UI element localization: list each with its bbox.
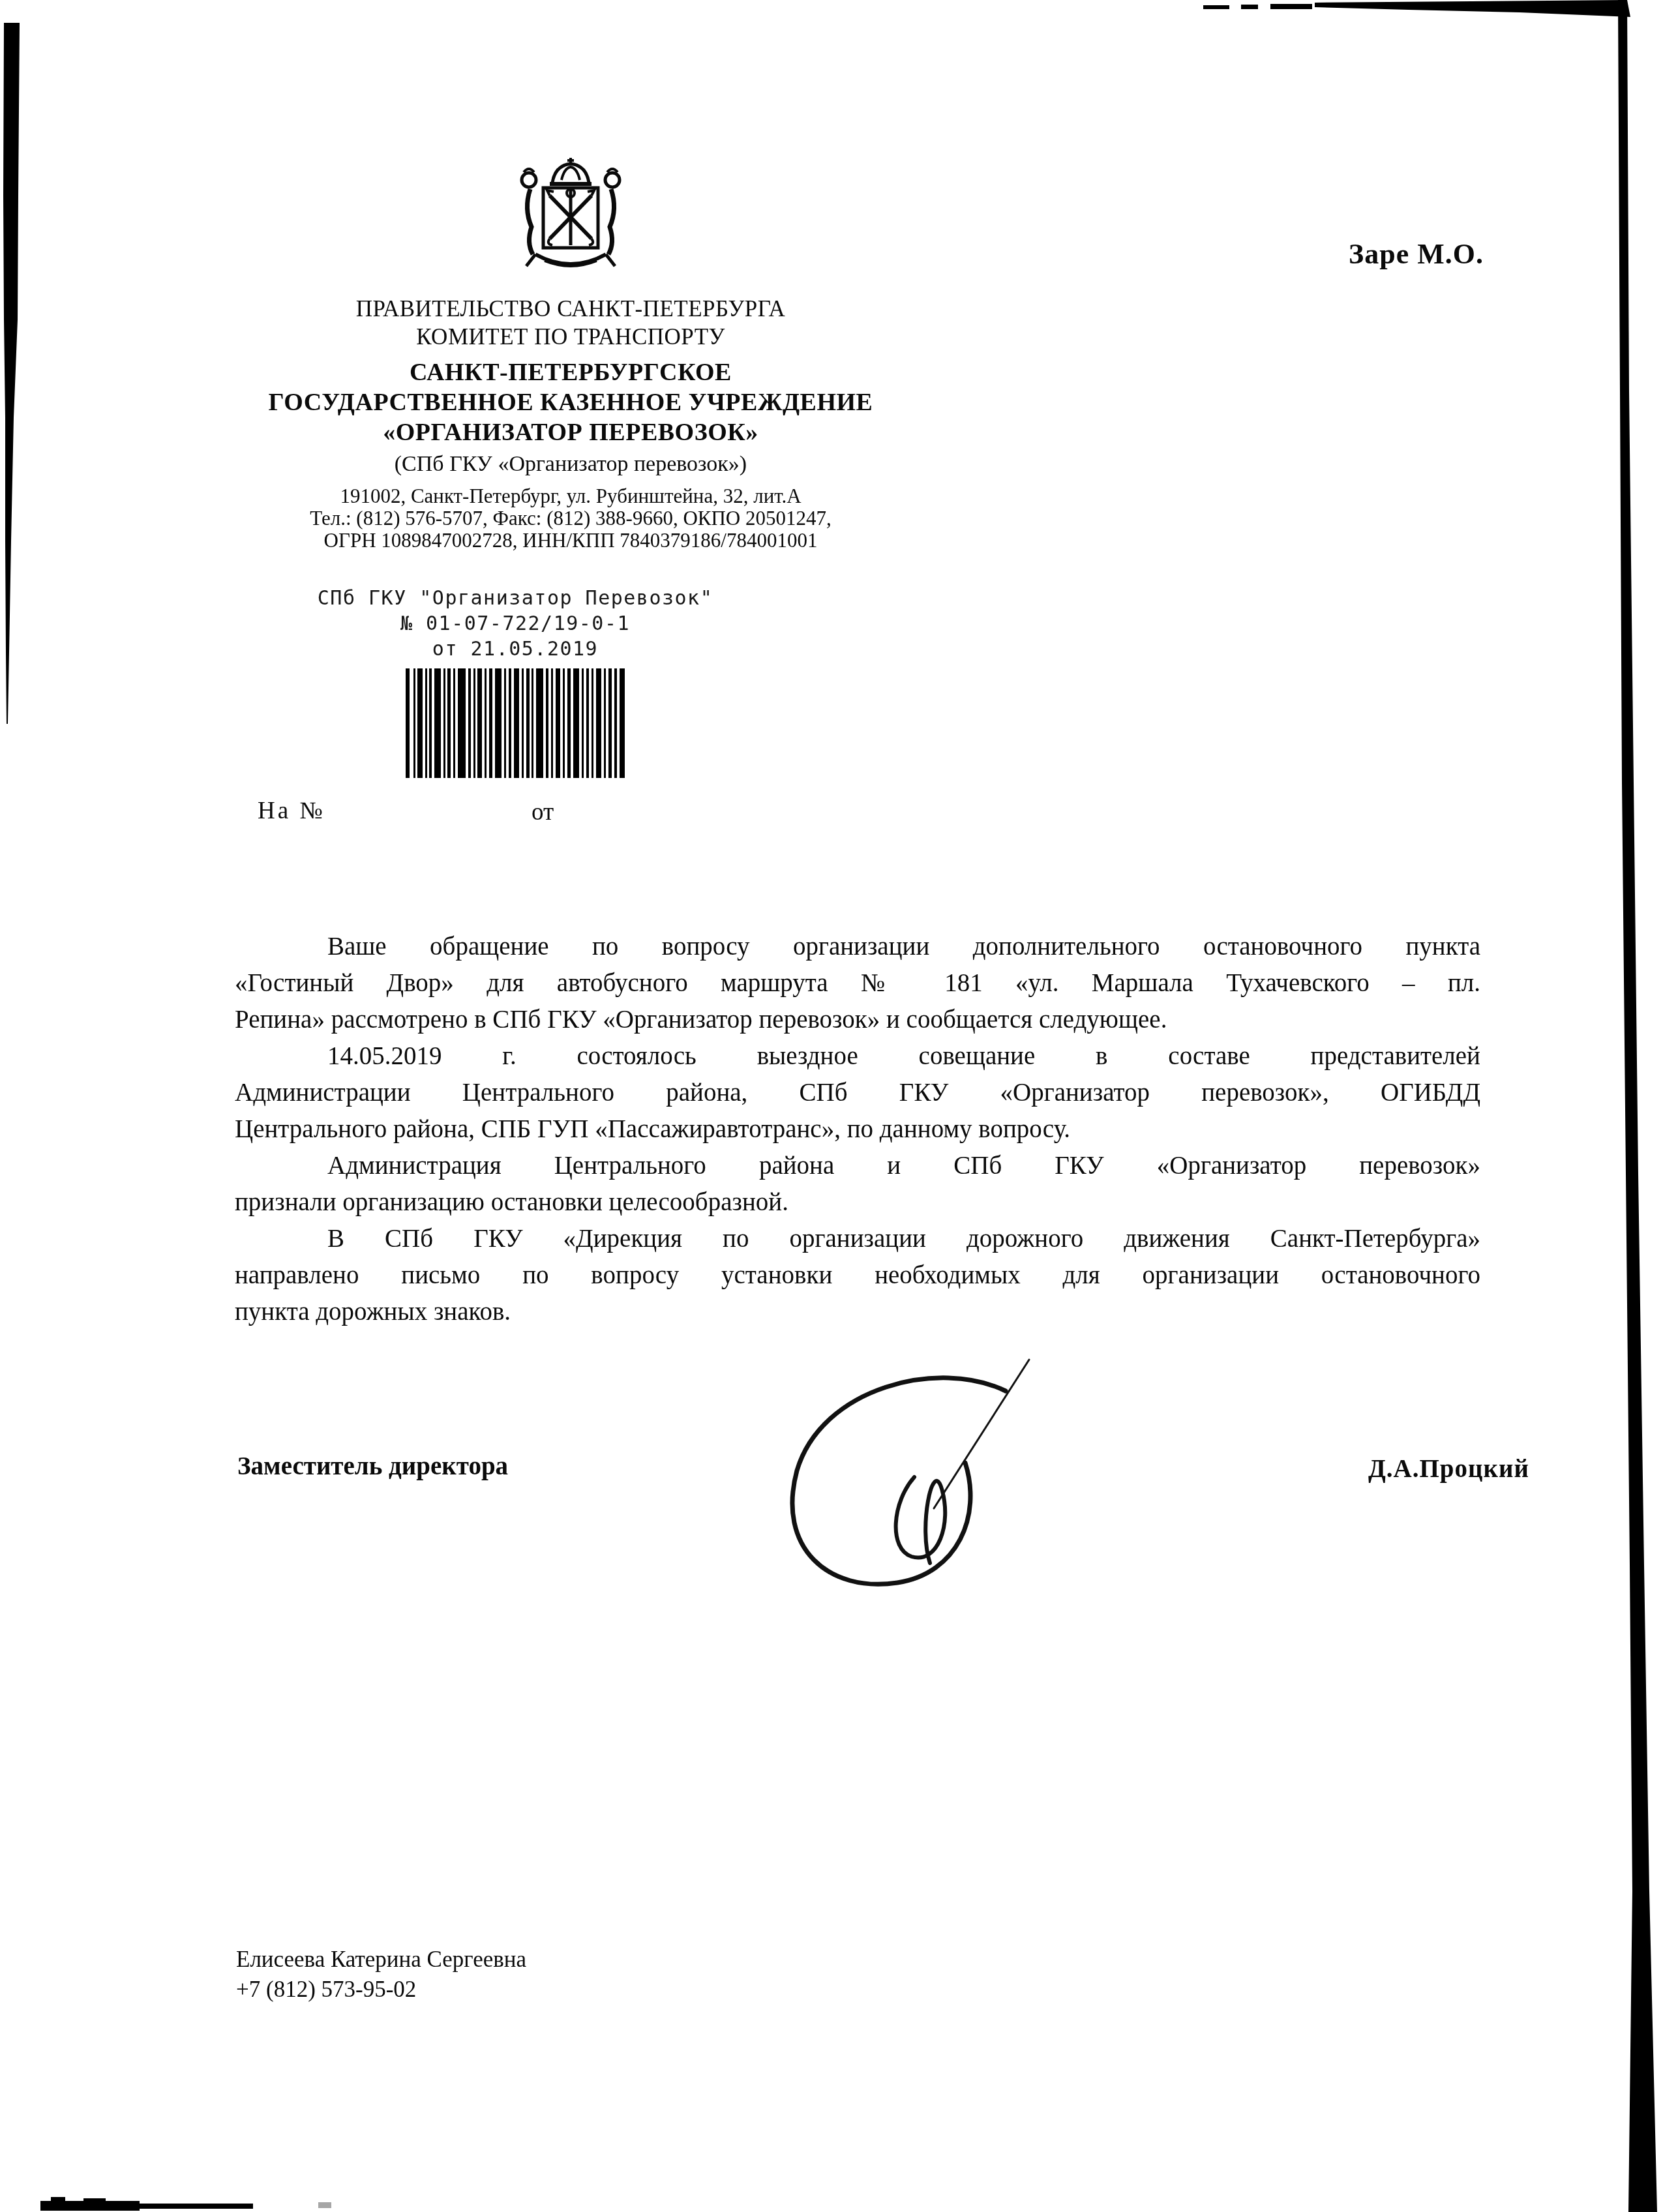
signer-name: Д.А.Процкий (1368, 1454, 1529, 1484)
stamp-date: от 21.05.2019 (293, 636, 737, 662)
committee-line: КОМИТЕТ ПО ТРАНСПОРТУ (235, 323, 906, 351)
signature-handwritten (750, 1353, 1050, 1601)
body-line: пункта дорожных знаков. (235, 1294, 1480, 1330)
body-line: В СПб ГКУ «Дирекция по организации дорож… (235, 1221, 1480, 1257)
reference-na-label: На № (258, 797, 325, 825)
stamp-number: № 01-07-722/19-0-1 (293, 611, 737, 636)
org-name-line-2: ГОСУДАРСТВЕННОЕ КАЗЕННОЕ УЧРЕЖДЕНИЕ (235, 387, 906, 417)
org-requisites: 191002, Санкт-Петербург, ул. Рубинштейна… (235, 485, 906, 552)
body-line: 14.05.2019 г. состоялось выездное совеща… (235, 1038, 1480, 1075)
executor-phone: +7 (812) 573-95-02 (236, 1975, 526, 2005)
scan-artifact-bottom-bump-2 (83, 2198, 106, 2203)
executor-name: Елисеева Катерина Сергеевна (236, 1945, 526, 1975)
scan-artifact-top-dash-1 (1203, 5, 1229, 9)
scan-artifact-bottom-bump-1 (51, 2197, 65, 2202)
org-address: 191002, Санкт-Петербург, ул. Рубинштейна… (235, 485, 906, 507)
scan-artifact-bottom-bar-thick (40, 2201, 140, 2211)
body-line: Центрального района, СПБ ГУП «Пассажирав… (235, 1111, 1480, 1148)
body-line: «Гостиный Двор» для автобусного маршрута… (235, 965, 1480, 1002)
body-line: Администрация Центрального района и СПб … (235, 1148, 1480, 1184)
body-line: Репина» рассмотрено в СПб ГКУ «Организат… (235, 1002, 1480, 1038)
reference-ot-label: от (532, 798, 554, 826)
scanned-letter-page: Заре М.О. (0, 0, 1663, 2212)
coat-of-arms-spb-icon (502, 155, 640, 283)
registration-stamp: СПб ГКУ "Организатор Перевозок" № 01-07-… (293, 586, 737, 778)
body-line: направлено письмо по вопросу установки н… (235, 1257, 1480, 1294)
letterhead: ПРАВИТЕЛЬСТВО САНКТ-ПЕТЕРБУРГА КОМИТЕТ П… (235, 155, 906, 552)
recipient-name: Заре М.О. (1349, 237, 1484, 271)
body-line: признали организацию остановки целесообр… (235, 1184, 1480, 1221)
stamp-org-line: СПб ГКУ "Организатор Перевозок" (293, 586, 737, 611)
scan-artifact-bottom-bar-thin (138, 2204, 253, 2209)
scan-artifact-top-bar (1315, 0, 1630, 17)
scan-artifact-top-dash-3 (1270, 4, 1312, 9)
scan-artifact-top-dash-2 (1241, 5, 1258, 9)
scan-artifact-right-bar (1618, 0, 1657, 2212)
org-name-line-3: «ОРГАНИЗАТОР ПЕРЕВОЗОК» (235, 417, 906, 447)
scan-artifact-left-bar (3, 23, 20, 724)
scan-artifact-bottom-faint (318, 2202, 331, 2208)
letter-body: Ваше обращение по вопросу организации до… (235, 929, 1480, 1330)
org-short-name: (СПб ГКУ «Организатор перевозок») (235, 450, 906, 479)
org-ogrn-inn: ОГРН 1089847002728, ИНН/КПП 7840379186/7… (235, 530, 906, 552)
executor-contact: Елисеева Катерина Сергеевна +7 (812) 573… (236, 1945, 526, 2005)
government-line: ПРАВИТЕЛЬСТВО САНКТ-ПЕТЕРБУРГА (235, 295, 906, 323)
org-phone-fax: Тел.: (812) 576-5707, Факс: (812) 388-96… (235, 507, 906, 530)
barcode (406, 668, 625, 778)
body-line: Администрации Центрального района, СПб Г… (235, 1075, 1480, 1111)
signer-position: Заместитель директора (237, 1452, 508, 1481)
body-line: Ваше обращение по вопросу организации до… (235, 929, 1480, 965)
org-name-line-1: САНКТ-ПЕТЕРБУРГСКОЕ (235, 357, 906, 387)
